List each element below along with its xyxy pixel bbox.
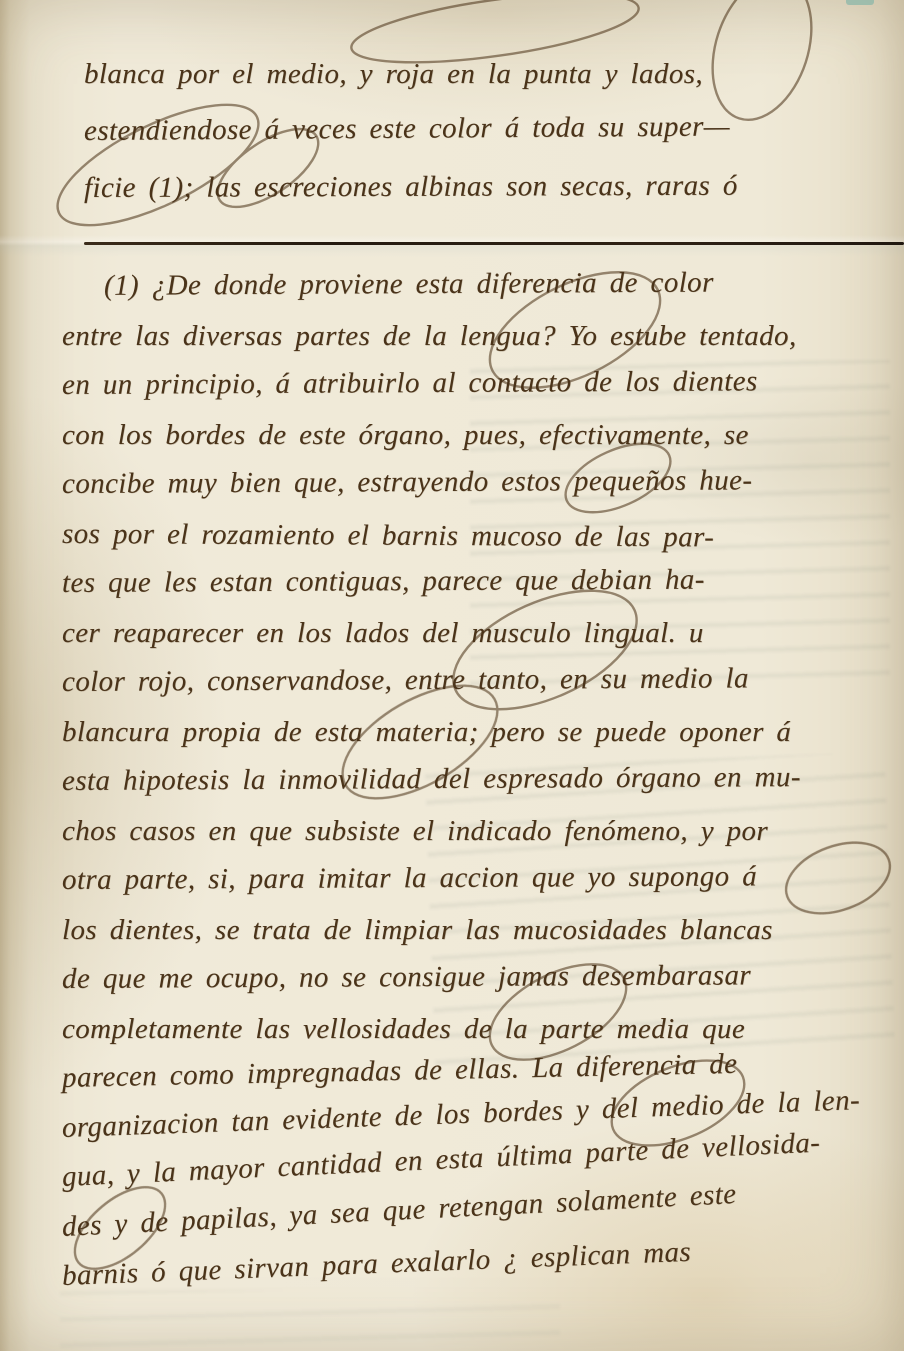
footnote-line: concibe muy bien que, estrayendo estos p… <box>62 456 896 510</box>
footnote-line: chos casos en que subsiste el indicado f… <box>62 807 896 857</box>
manuscript-line: blanca por el medio, y roja en la punta … <box>84 46 894 103</box>
footnote-line: otra parte, si, para imitar la accion qu… <box>62 852 896 906</box>
footnote-line: color rojo, conservandose, entre tanto, … <box>62 654 896 708</box>
paper-edge-mark <box>846 0 874 5</box>
footnote-separator-rule <box>84 242 904 245</box>
footnote-line: blancura propia de esta materia; pero se… <box>62 708 896 758</box>
footnote-line: esta hipotesis la inmovilidad del espres… <box>62 753 896 807</box>
footnote-line: de que me ocupo, no se consigue jamas de… <box>62 951 896 1005</box>
footnote-block: (1) ¿De donde proviene esta diferencia d… <box>62 262 896 1302</box>
footnote-line: tes que les estan contiguas, parece que … <box>62 555 896 609</box>
main-text-block: blanca por el medio, y roja en la punta … <box>84 46 894 217</box>
footnote-line: con los bordes de este órgano, pues, efe… <box>62 411 896 461</box>
manuscript-line: ficie (1); las escreciones albinas son s… <box>84 157 894 217</box>
footnote-line: (1) ¿De donde proviene esta diferencia d… <box>62 258 896 312</box>
manuscript-page: blanca por el medio, y roja en la punta … <box>0 0 904 1351</box>
footnote-line: entre las diversas partes de la lengua? … <box>62 312 896 362</box>
footnote-line: cer reaparecer en los lados del musculo … <box>62 609 896 659</box>
manuscript-line: estendiendose á veces este color á toda … <box>84 97 894 160</box>
footnote-line: en un principio, á atribuirlo al contact… <box>62 357 896 411</box>
footnote-line: los dientes, se trata de limpiar las muc… <box>62 906 896 956</box>
